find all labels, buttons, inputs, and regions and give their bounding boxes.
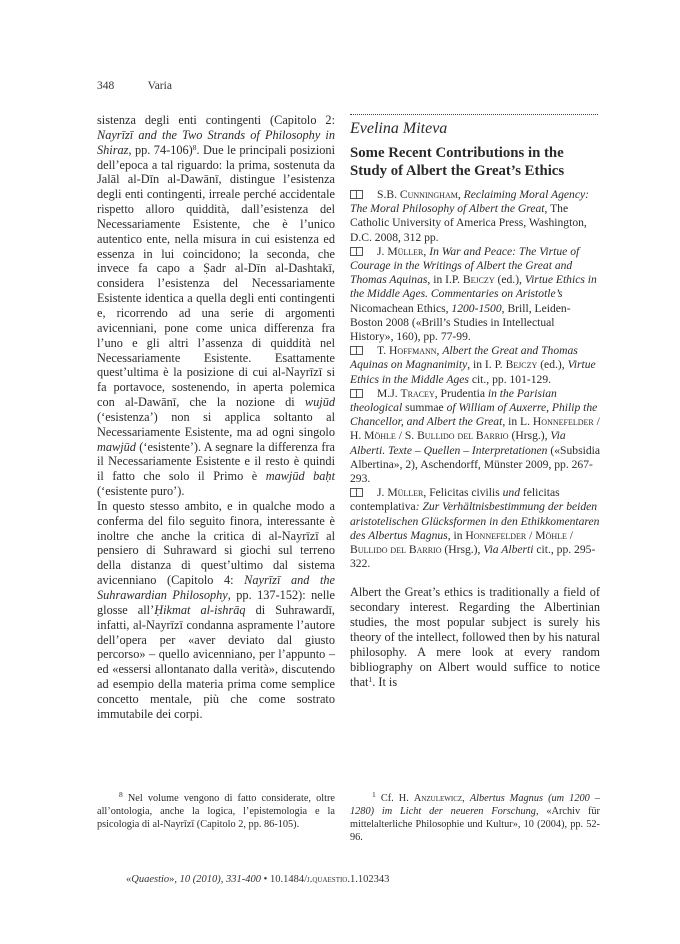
page-number: 348 [97, 80, 145, 92]
book-icon [350, 488, 363, 497]
dotted-divider [350, 114, 598, 115]
bibliography-entry: J. Müller, Felicitas civilis und felicit… [350, 486, 600, 571]
bibliography-entry: T. Hoffmann, Albert the Great and Thomas… [350, 344, 600, 387]
journal-citation-footer: «Quaestio», 10 (2010), 331-400 • 10.1484… [126, 874, 389, 885]
review-author: Evelina Miteva [350, 119, 600, 139]
book-icon [350, 389, 363, 398]
right-column: Evelina Miteva Some Recent Contributions… [350, 114, 600, 689]
book-icon [350, 247, 363, 256]
intro-paragraph: Albert the Great’s ethics is traditional… [350, 585, 600, 689]
review-title: Some Recent Contributions in the Study o… [350, 145, 600, 180]
bibliography-entry: J. Müller, In War and Peace: The Virtue … [350, 245, 600, 344]
section-title: Varia [148, 80, 172, 92]
book-icon [350, 346, 363, 355]
bibliography-entry: S.B. Cunningham, Reclaiming Moral Agency… [350, 188, 600, 245]
body-paragraph: In questo stesso ambito, e in qualche mo… [97, 499, 335, 722]
body-paragraph: sistenza degli enti contingenti (Capitol… [97, 113, 335, 499]
running-header: 348 Varia [97, 80, 172, 92]
book-icon [350, 190, 363, 199]
bibliography-list: S.B. Cunningham, Reclaiming Moral Agency… [350, 188, 600, 571]
footnote-8: 8 Nel volume vengono di fatto considerat… [97, 792, 335, 831]
left-column: sistenza degli enti contingenti (Capitol… [97, 113, 335, 722]
bibliography-entry: M.J. Tracey, Prudentia in the Parisian t… [350, 387, 600, 486]
footnote-1: 1 Cf. H. Anzulewicz, Albertus Magnus (um… [350, 792, 600, 844]
